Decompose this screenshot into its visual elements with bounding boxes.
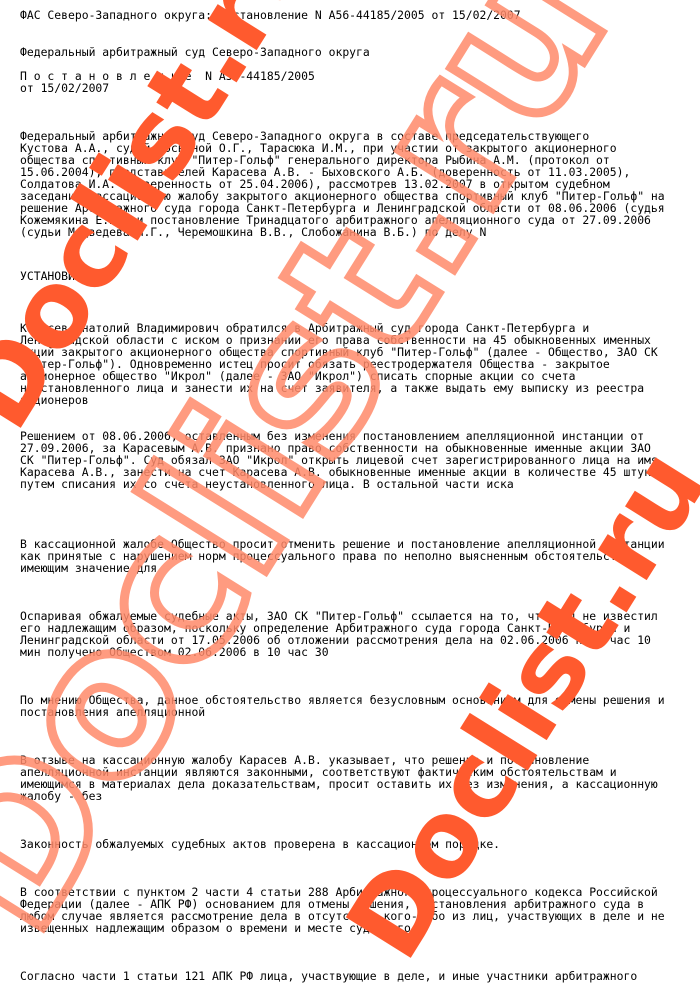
paragraph: Оспаривая обжалуемые судебные акты, ЗАО … <box>20 610 658 658</box>
paragraph-line: акционеров <box>20 394 658 406</box>
paragraph: Карасев Анатолий Владимирович обратился … <box>20 322 658 406</box>
paragraph-line: мин получено Обществом 02.06.2006 в 10 ч… <box>20 646 658 658</box>
paragraph: В соответствии с пунктом 2 части 4 стать… <box>20 886 665 934</box>
paragraph-line: извещенных надлежащим образом о времени … <box>20 922 665 934</box>
paragraph-line: имеющимся в материалах дела доказательст… <box>20 778 658 790</box>
paragraph: По мнению Общества, данное обстоятельств… <box>20 694 665 718</box>
paragraph-line: (судьи Медведева И.Г., Черемошкина В.В.,… <box>20 226 665 238</box>
paragraph-line: путем списания их со счета неустановленн… <box>20 478 658 490</box>
decree-date: от 15/02/2007 <box>20 82 109 94</box>
paragraph: Законность обжалуемых судебных актов про… <box>20 838 500 850</box>
paragraph-line: жалобу - без <box>20 790 658 802</box>
paragraph-line: неустановленного лица и занести их на сч… <box>20 382 658 394</box>
paragraph-line: имеющим значение для <box>20 562 665 574</box>
paragraph: Федеральный арбитражный суд Северо-Запад… <box>20 130 665 238</box>
paragraph: Согласно части 1 статьи 121 АПК РФ лица,… <box>20 970 637 982</box>
paragraph: УСТАНОВИЛ: <box>20 270 89 282</box>
paragraph: Решением от 08.06.2006, оставленным без … <box>20 430 658 490</box>
paragraph-line: Согласно части 1 статьи 121 АПК РФ лица,… <box>20 970 637 982</box>
document-header: ФАС Северо-Западного округа: Постановлен… <box>20 9 521 21</box>
paragraph-line: постановления апелляционной <box>20 706 665 718</box>
paragraph: В кассационной жалобе Общество просит от… <box>20 538 665 574</box>
paragraph: В отзыве на кассационную жалобу Карасев … <box>20 754 658 802</box>
paragraph-line: Законность обжалуемых судебных актов про… <box>20 838 500 850</box>
court-name: Федеральный арбитражный суд Северо-Запад… <box>20 46 370 58</box>
paragraph-line: УСТАНОВИЛ: <box>20 270 89 282</box>
